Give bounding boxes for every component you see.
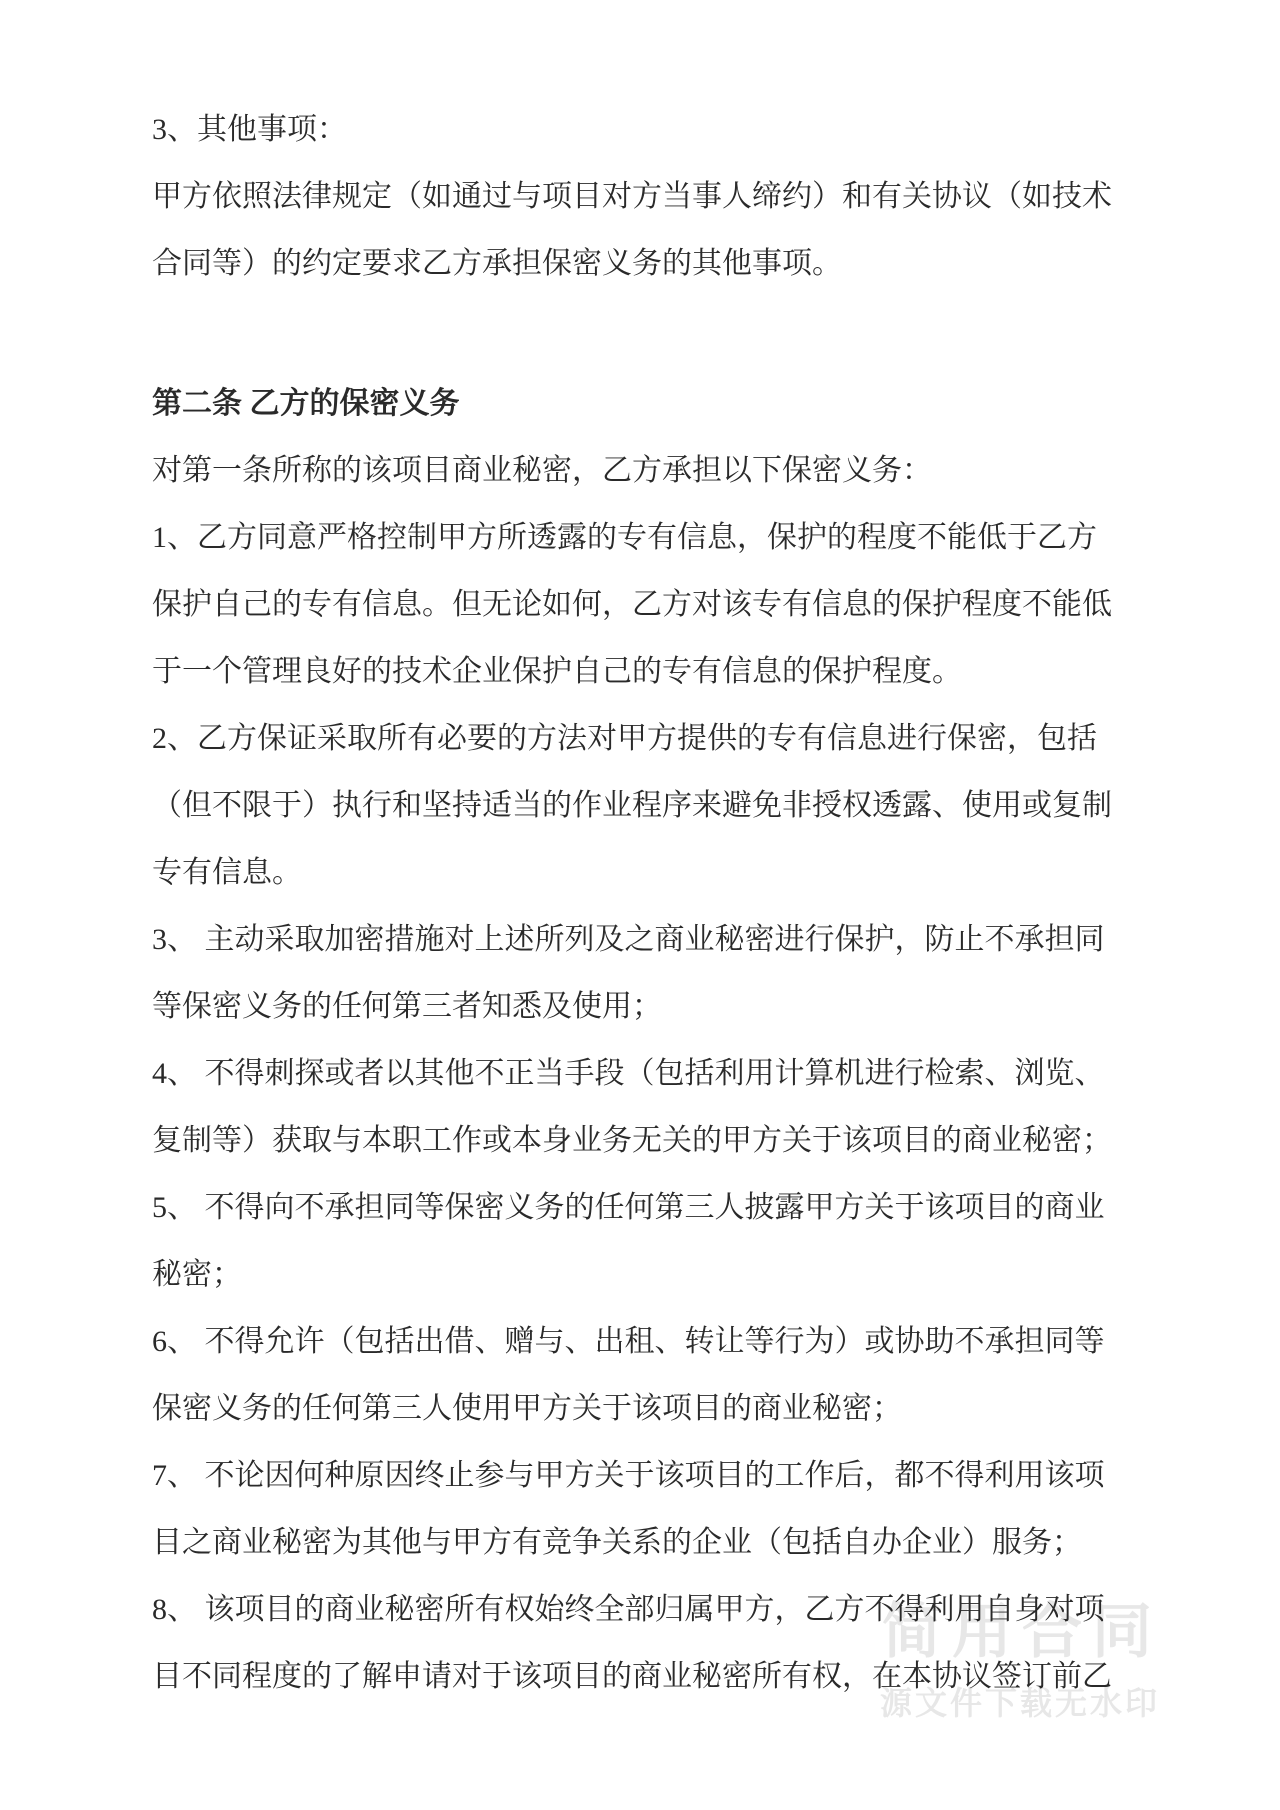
clause-line: 1、乙方同意严格控制甲方所透露的专有信息，保护的程度不能低于乙方: [152, 504, 1112, 571]
paragraph-gap: [152, 297, 1112, 370]
clause-line: 6、 不得允许（包括出借、赠与、出租、转让等行为）或协助不承担同等: [152, 1308, 1112, 1375]
clause-line: （但不限于）执行和坚持适当的作业程序来避免非授权透露、使用或复制: [152, 772, 1112, 839]
clause-line: 目不同程度的了解申请对于该项目的商业秘密所有权，在本协议签订前乙: [152, 1643, 1112, 1710]
clause-line: 保护自己的专有信息。但无论如何，乙方对该专有信息的保护程度不能低: [152, 571, 1112, 638]
other-items-line: 合同等）的约定要求乙方承担保密义务的其他事项。: [152, 230, 1112, 297]
clause-line: 3、 主动采取加密措施对上述所列及之商业秘密进行保护，防止不承担同: [152, 906, 1112, 973]
clause-line: 4、 不得刺探或者以其他不正当手段（包括利用计算机进行检索、浏览、: [152, 1040, 1112, 1107]
clause-line: 专有信息。: [152, 839, 1112, 906]
clause-line: 于一个管理良好的技术企业保护自己的专有信息的保护程度。: [152, 638, 1112, 705]
clause-line: 目之商业秘密为其他与甲方有竞争关系的企业（包括自办企业）服务；: [152, 1509, 1112, 1576]
article2-intro: 对第一条所称的该项目商业秘密，乙方承担以下保密义务：: [152, 437, 1112, 504]
clause-line: 秘密；: [152, 1241, 1112, 1308]
other-items-title: 3、其他事项：: [152, 96, 1112, 163]
article2-heading: 第二条 乙方的保密义务: [152, 370, 1112, 437]
clause-line: 2、乙方保证采取所有必要的方法对甲方提供的专有信息进行保密，包括: [152, 705, 1112, 772]
document-page: 简用合同 源文件下载无水印 3、其他事项： 甲方依照法律规定（如通过与项目对方当…: [0, 0, 1280, 1810]
clause-line: 8、 该项目的商业秘密所有权始终全部归属甲方，乙方不得利用自身对项: [152, 1576, 1112, 1643]
clause-line: 等保密义务的任何第三者知悉及使用；: [152, 973, 1112, 1040]
clause-line: 5、 不得向不承担同等保密义务的任何第三人披露甲方关于该项目的商业: [152, 1174, 1112, 1241]
other-items-line: 甲方依照法律规定（如通过与项目对方当事人缔约）和有关协议（如技术: [152, 163, 1112, 230]
contract-text-block: 3、其他事项： 甲方依照法律规定（如通过与项目对方当事人缔约）和有关协议（如技术…: [152, 96, 1112, 1710]
clause-line: 7、 不论因何种原因终止参与甲方关于该项目的工作后，都不得利用该项: [152, 1442, 1112, 1509]
clause-line: 复制等）获取与本职工作或本身业务无关的甲方关于该项目的商业秘密；: [152, 1107, 1112, 1174]
clause-line: 保密义务的任何第三人使用甲方关于该项目的商业秘密；: [152, 1375, 1112, 1442]
